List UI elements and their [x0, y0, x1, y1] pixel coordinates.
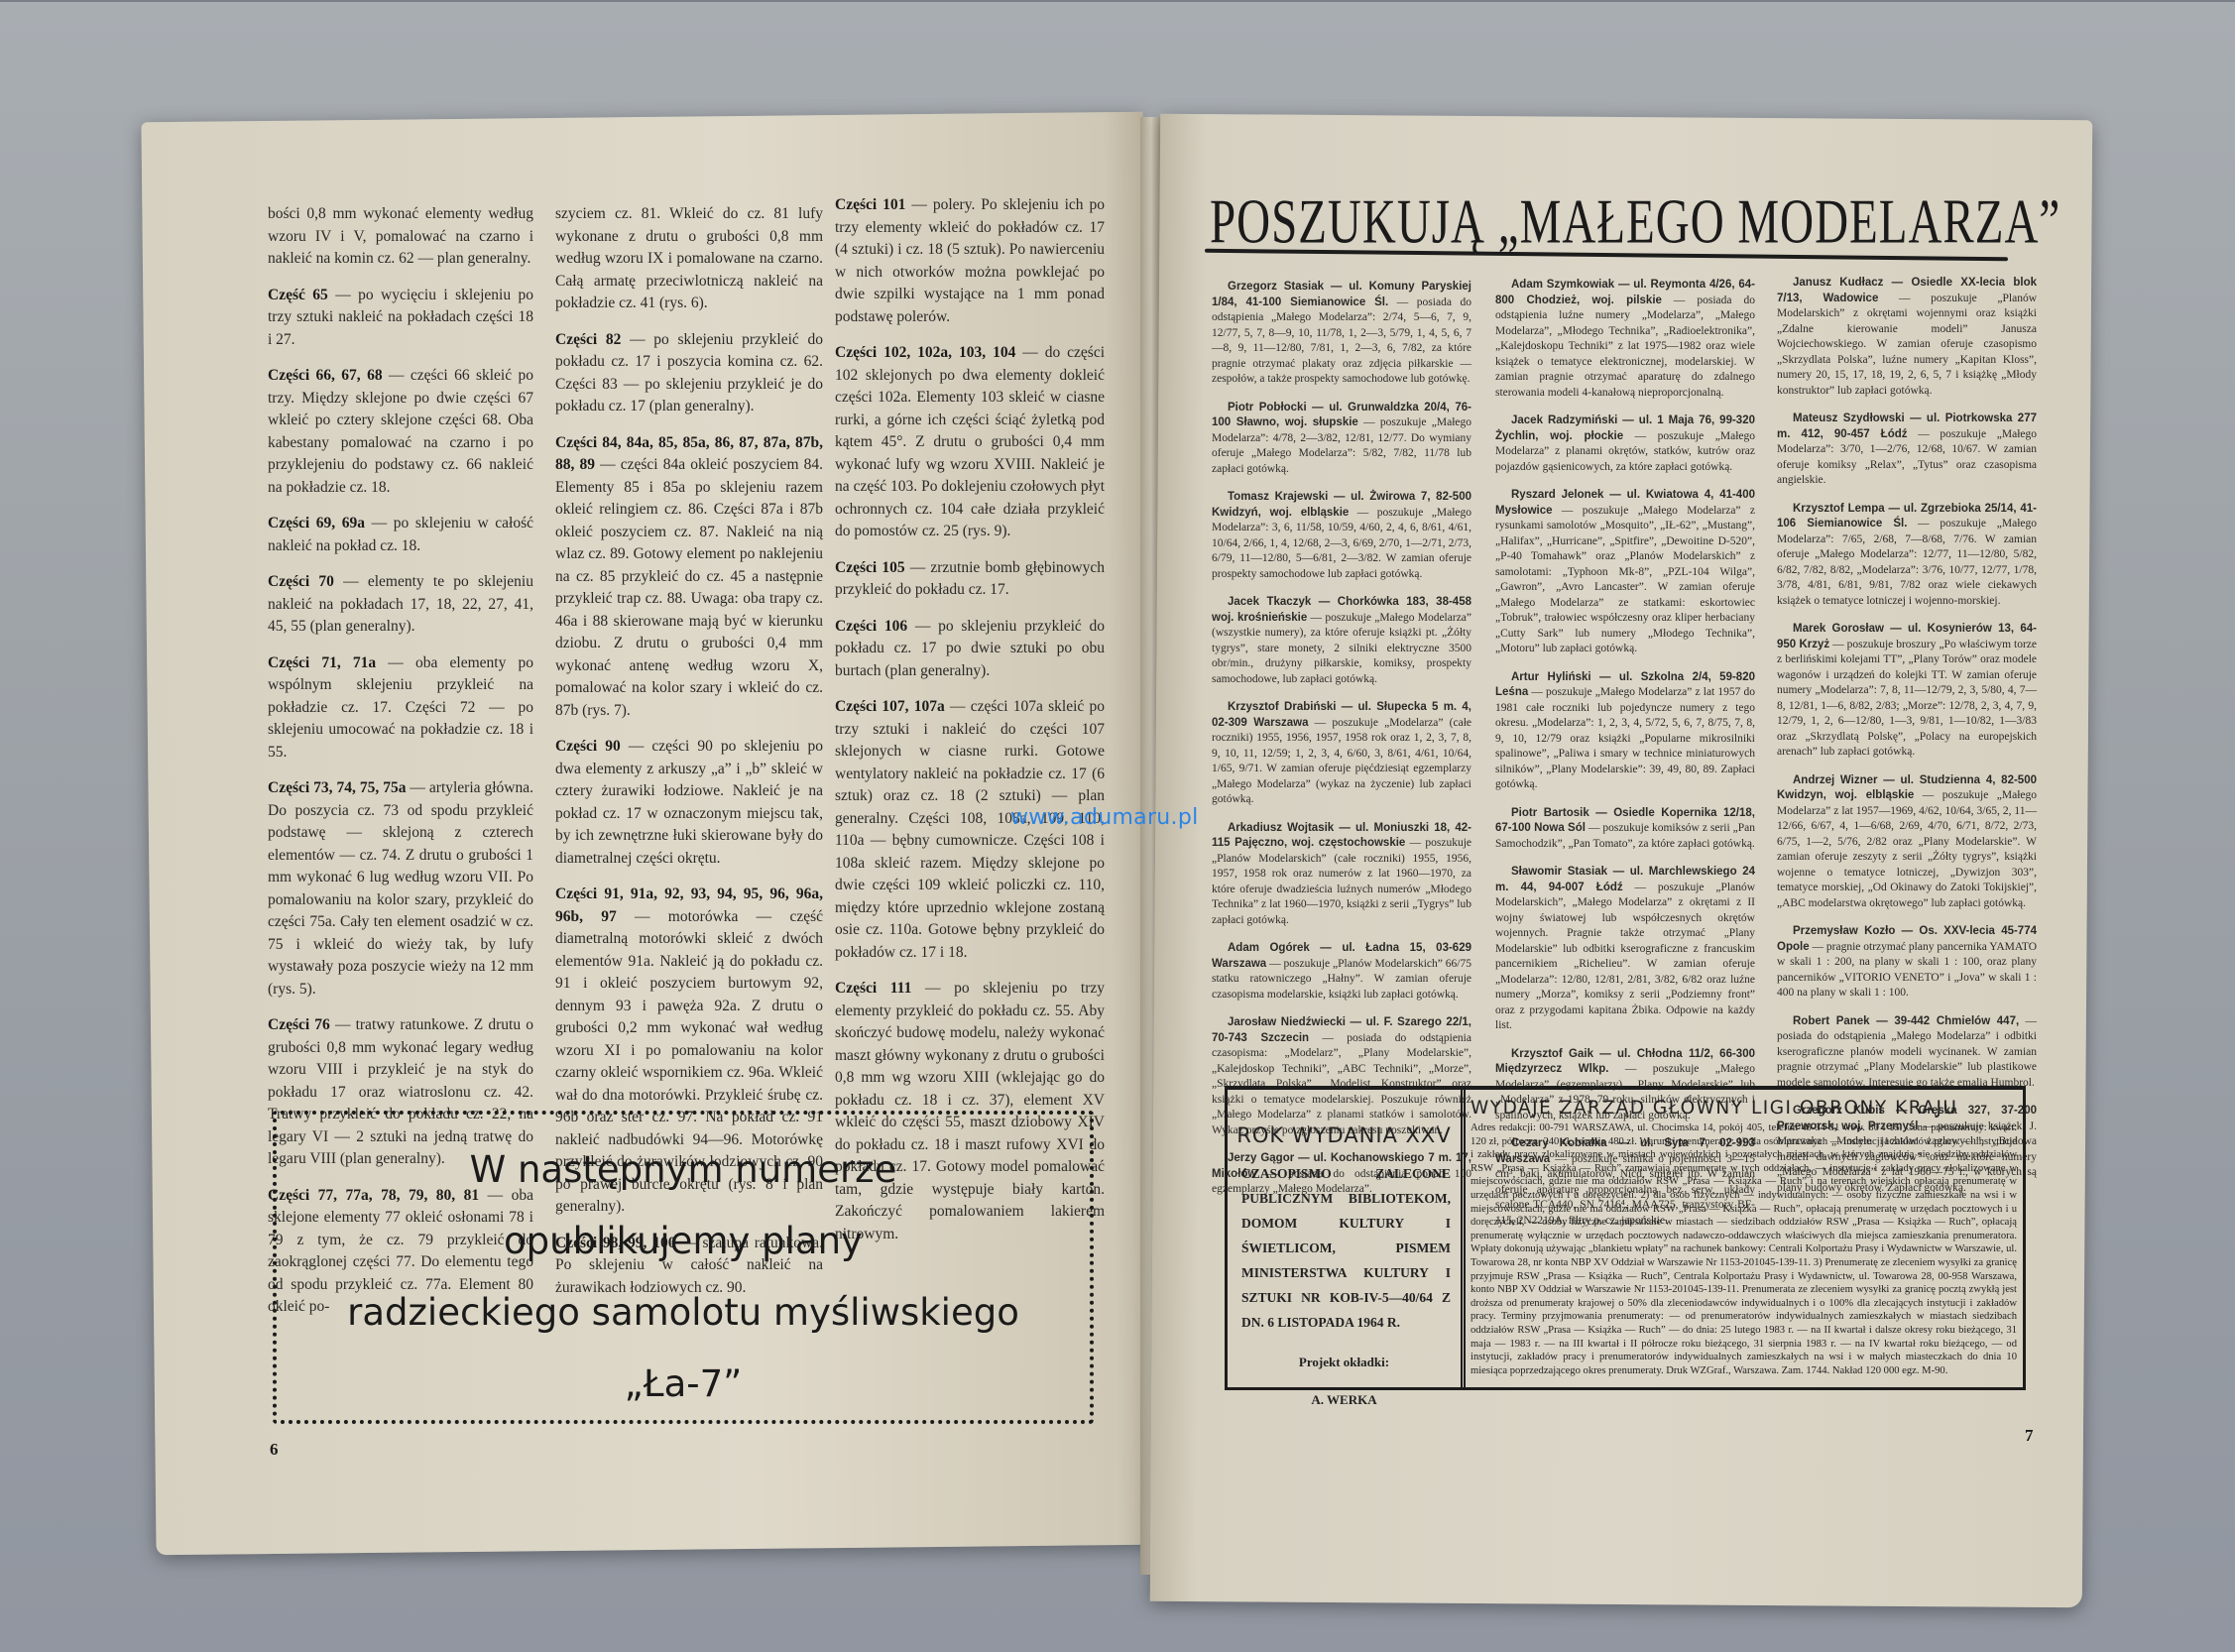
ad-text: — poszukuje „Małego Modelarza”: 7/65, 2/…: [1777, 518, 2037, 607]
classified-ad: Piotr Bartosik — Osiedle Kopernika 12/18…: [1495, 806, 1755, 853]
classified-ad: Andrzej Wizner — ul. Studzienna 4, 82-50…: [1777, 773, 2037, 912]
part-heading: Części 105: [835, 559, 905, 576]
part-heading: Części 69, 69a: [268, 515, 365, 531]
paragraph: Części 84, 84a, 85, 85a, 86, 87, 87a, 87…: [555, 432, 823, 723]
paragraph-text: — polery. Po sklejeniu ich po trzy eleme…: [835, 196, 1105, 325]
ad-name-address: Robert Panek — 39-442 Chmielów 447,: [1793, 1015, 2019, 1027]
classified-ad: Robert Panek — 39-442 Chmielów 447, — po…: [1777, 1014, 2037, 1092]
paragraph-text: — części 84a okleić poszyciem 84. Elemen…: [555, 456, 823, 719]
imprint-left-panel: ROK WYDANIA XXV CZASOPISMO ZALECONE PUBL…: [1228, 1090, 1466, 1387]
watermark-url: www.adumaru.pl: [1010, 805, 1199, 830]
part-heading: Części 101: [835, 196, 905, 213]
paragraph: Części 90 — części 90 po sklejeniu po dw…: [555, 736, 823, 870]
right-page-column-3: Janusz Kudłacz — Osiedle XX-lecia blok 7…: [1777, 276, 2037, 1209]
paragraph: Części 70 — elementy te po sklejeniu nak…: [268, 571, 533, 639]
classified-ad: Jacek Radzymiński — ul. 1 Maja 76, 99-32…: [1495, 413, 1755, 475]
paragraph: Część 65 — po wycięciu i sklejeniu po tr…: [268, 285, 533, 352]
part-heading: Części 90: [555, 738, 621, 755]
part-heading: Części 73, 74, 75, 75a: [268, 779, 406, 796]
paragraph: Części 82 — po sklejeniu przykleić do po…: [555, 329, 823, 418]
paragraph: bości 0,8 mm wykonać elementy według wzo…: [268, 203, 533, 271]
part-heading: Części 82: [555, 331, 621, 348]
classified-ad: Artur Hyliński — ul. Szkolna 2/4, 59-820…: [1495, 670, 1755, 793]
ad-text: — poszukuje „Planów Modelarskich” z okrę…: [1777, 293, 2037, 397]
part-heading: Części 71, 71a: [268, 654, 376, 671]
right-page-column-1: Grzegorz Stasiak — ul. Komuny Paryskiej …: [1212, 280, 1471, 1211]
publication-year: ROK WYDANIA XXV: [1228, 1123, 1461, 1147]
ad-text: — poszukuje „Małego Modelarza” z lat 195…: [1495, 686, 1755, 790]
classified-ad: Marek Gorosław — ul. Kosynierów 13, 64-9…: [1777, 622, 2037, 761]
part-heading: Części 107, 107a: [835, 698, 945, 715]
ad-text: — poszukuje „Planów Modelarskich”, „Małe…: [1495, 882, 1755, 1032]
classified-ad: Mateusz Szydłowski — ul. Piotrkowska 277…: [1777, 412, 2037, 489]
tile-grout: [0, 0, 2235, 2]
imprint-box: ROK WYDANIA XXV CZASOPISMO ZALECONE PUBL…: [1225, 1086, 2026, 1390]
paragraph: Części 106 — po sklejeniu przykleić do p…: [835, 616, 1105, 683]
ad-text: — posiada do odstąpienia „Małego Modelar…: [1212, 296, 1471, 386]
announcement-line: „Ła-7”: [277, 1349, 1090, 1420]
paragraph-text: — do części 102 sklejonych po dwa elemen…: [835, 344, 1105, 539]
imprint-right-panel: WYDAJE ZARZĄD GŁÓWNY LIGI OBRONY KRAJU A…: [1470, 1090, 2017, 1377]
ad-text: — poszukuje „Modelarza” (całe roczniki) …: [1212, 717, 1471, 806]
paragraph: Części 105 — zrzutnie bomb głębinowych p…: [835, 557, 1105, 602]
announcement-text: W następnym numerze opublikujemy plany r…: [277, 1134, 1090, 1420]
part-heading: Części 66, 67, 68: [268, 367, 383, 384]
paragraph: Części 102, 102a, 103, 104 — do części 1…: [835, 342, 1105, 543]
classified-ad: Adam Ogórek — ul. Ładna 15, 03-629 Warsz…: [1212, 941, 1471, 1003]
paragraph-text: — części 90 po sklejeniu po dwa elementy…: [555, 738, 823, 867]
part-heading: Części 111: [835, 980, 911, 997]
classified-ad: Piotr Pobłocki — ul. Grunwaldzka 20/4, 7…: [1212, 401, 1471, 478]
paragraph-text: — artyleria główna. Do poszycia cz. 73 o…: [268, 779, 533, 998]
paragraph: Części 73, 74, 75, 75a — artyleria główn…: [268, 777, 533, 1001]
part-heading: Część 65: [268, 287, 328, 303]
publisher-heading: WYDAJE ZARZĄD GŁÓWNY LIGI OBRONY KRAJU: [1470, 1098, 2017, 1119]
page-number-right: 7: [2025, 1426, 2034, 1446]
announcement-line: W następnym numerze: [277, 1134, 1090, 1206]
classified-ad: Krzysztof Lempa — ul. Zgrzebioka 25/14, …: [1777, 502, 2037, 610]
classified-ad: Adam Szymkowiak — ul. Reymonta 4/26, 64-…: [1495, 278, 1755, 401]
cover-design-label: Projekt okładki:: [1228, 1355, 1461, 1370]
ad-text: — posiada do odstąpienia luźne numery „M…: [1495, 295, 1755, 399]
cover-design-author: A. WERKA: [1228, 1392, 1461, 1408]
ad-text: — poszukuje „Planów Modelarskich” (całe …: [1212, 837, 1471, 926]
classified-ad: Grzegorz Stasiak — ul. Komuny Paryskiej …: [1212, 280, 1471, 388]
part-heading: Części 70: [268, 573, 334, 590]
classified-ad: Krzysztof Drabiński — ul. Słupecka 5 m. …: [1212, 700, 1471, 808]
paragraph: Części 69, 69a — po sklejeniu w całość n…: [268, 513, 533, 557]
subscription-details: Adres redakcji: 00-791 WARSZAWA, ul. Cho…: [1470, 1121, 2017, 1377]
part-heading: Części 76: [268, 1016, 330, 1033]
ad-text: — poszukuje broszury „Po właściwym torze…: [1777, 639, 2037, 759]
classified-ad: Tomasz Krajewski — ul. Żwirowa 7, 82-500…: [1212, 490, 1471, 582]
paragraph-text: bości 0,8 mm wykonać elementy według wzo…: [268, 205, 533, 267]
classified-ad: Przemysław Kozło — Os. XXV-lecia 45-774 …: [1777, 924, 2037, 1002]
classified-ad: Janusz Kudłacz — Osiedle XX-lecia blok 7…: [1777, 276, 2037, 399]
part-heading: Części 106: [835, 618, 907, 635]
paragraph-text: szyciem cz. 81. Wkleić do cz. 81 lufy wy…: [555, 205, 823, 311]
ad-text: — pragnie otrzymać plany pancernika YAMA…: [1777, 941, 2037, 1000]
next-issue-announcement-box: W następnym numerze opublikujemy plany r…: [273, 1111, 1094, 1424]
ad-text: — poszukuje „Małego Modelarza” z lat 195…: [1777, 789, 2037, 909]
paragraph: Części 66, 67, 68 — części 66 skleić po …: [268, 365, 533, 499]
classified-ad: Sławomir Stasiak — ul. Marchlewskiego 24…: [1495, 865, 1755, 1034]
part-heading: Części 102, 102a, 103, 104: [835, 344, 1015, 361]
paragraph: szyciem cz. 81. Wkleić do cz. 81 lufy wy…: [555, 203, 823, 315]
announcement-line: radzieckiego samolotu myśliwskiego: [277, 1277, 1090, 1349]
page-number-left: 6: [270, 1440, 279, 1460]
paragraph: Części 71, 71a — oba elementy po wspólny…: [268, 652, 533, 765]
ministry-recommendation: CZASOPISMO ZALECONE PUBLICZNYM BIBLIOTEK…: [1228, 1147, 1461, 1335]
classified-ad: Jacek Tkaczyk — Chorkówka 183, 38-458 wo…: [1212, 595, 1471, 687]
classified-ad: Arkadiusz Wojtasik — ul. Moniuszki 18, 4…: [1212, 821, 1471, 929]
paragraph: Części 107, 107a — części 107a skleić po…: [835, 696, 1105, 964]
left-page-column-3: Części 101 — polery. Po sklejeniu ich po…: [835, 194, 1105, 1259]
page-title: POSZUKUJĄ „MAŁEGO MODELARZA”: [1210, 186, 2023, 259]
classified-ad: Ryszard Jelonek — ul. Kwiatowa 4, 41-400…: [1495, 488, 1755, 657]
ad-text: — poszukuje „Małego Modelarza” z rysunka…: [1495, 505, 1755, 655]
paragraph: Części 101 — polery. Po sklejeniu ich po…: [835, 194, 1105, 328]
paragraph-text: — części 66 skleić po trzy. Między sklej…: [268, 367, 533, 496]
announcement-line: opublikujemy plany: [277, 1206, 1090, 1277]
